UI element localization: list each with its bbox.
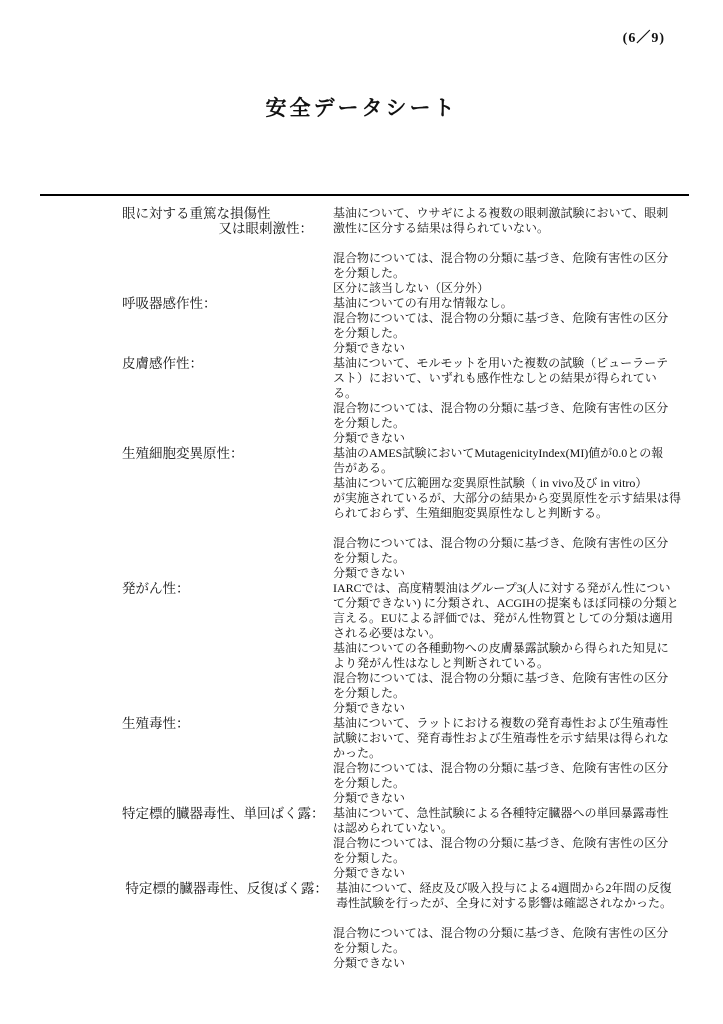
section-body-line: 基油について広範囲な変異原性試験（ in vivo及び in vitro） xyxy=(333,476,694,491)
section-body-line: 混合物については、混合物の分類に基づき、危険有害性の区分 xyxy=(333,251,694,266)
section-body: IARCでは、高度精製油はグループ3(人に対する発がん性について分類できない) … xyxy=(333,581,694,716)
section-label-line: 特定標的臓器毒性、反復ばく露： xyxy=(122,881,333,896)
section-body: 基油について、急性試験による各種特定臓器への単回暴露毒性は認められていない。混合… xyxy=(333,806,694,881)
section-body-line: スト）において、いずれも感作性なしとの結果が得られてい xyxy=(333,371,694,386)
section-body-line: て分類できない) に分類され、ACGIHの提案もほぼ同様の分類と xyxy=(333,596,694,611)
section-body-line: を分類した。 xyxy=(333,686,694,701)
section-row: 生殖細胞変異原性：基油のAMES試験においてMutagenicityIndex(… xyxy=(122,446,694,581)
section-label: 眼に対する重篤な損傷性又は眼刺激性： xyxy=(122,206,333,236)
section-body-line: 区分に該当しない（区分外） xyxy=(333,281,694,296)
section-row: 特定標的臓器毒性、反復ばく露： 基油について、経皮及び吸入投与による4週間から2… xyxy=(122,881,694,971)
section-body-line xyxy=(333,911,694,926)
section-body-line: 告がある。 xyxy=(333,461,694,476)
section-label: 皮膚感作性： xyxy=(122,356,333,371)
section-body-line: 言える。EUによる評価では、発がん性物質としての分類は適用 xyxy=(333,611,694,626)
section-body-line: IARCでは、高度精製油はグループ3(人に対する発がん性につい xyxy=(333,581,694,596)
section-body: 基油について、モルモットを用いた複数の試験（ビューラーテスト）において、いずれも… xyxy=(333,356,694,446)
sds-document-page: (6／9) 安全データシート 眼に対する重篤な損傷性又は眼刺激性：基油について、… xyxy=(0,0,723,1024)
section-body-line: 分類できない xyxy=(333,701,694,716)
section-body-line: が実施されているが、大部分の結果から変異原性を示す結果は得 xyxy=(333,491,694,506)
section-label: 発がん性： xyxy=(122,581,333,596)
section-body-line: 分類できない xyxy=(333,866,694,881)
section-label: 生殖毒性： xyxy=(122,716,333,731)
section-body: 基油についての有用な情報なし。混合物については、混合物の分類に基づき、危険有害性… xyxy=(333,296,694,356)
section-label-line: 発がん性： xyxy=(122,581,333,596)
section-body-line: は認められていない。 xyxy=(333,821,694,836)
section-body-line: 混合物については、混合物の分類に基づき、危険有害性の区分 xyxy=(333,311,694,326)
section-body-line: を分類した。 xyxy=(333,266,694,281)
section-body-line: 混合物については、混合物の分類に基づき、危険有害性の区分 xyxy=(333,761,694,776)
section-body-line: 分類できない xyxy=(333,566,694,581)
document-title: 安全データシート xyxy=(0,92,723,122)
section-body-line: 基油についての有用な情報なし。 xyxy=(333,296,694,311)
section-body-line: を分類した。 xyxy=(333,941,694,956)
section-label: 呼吸器感作性： xyxy=(122,296,333,311)
section-label-line: 呼吸器感作性： xyxy=(122,296,333,311)
section-body: 基油について、経皮及び吸入投与による4週間から2年間の反復 毒性試験を行ったが、… xyxy=(333,881,694,971)
section-body-line: 毒性試験を行ったが、全身に対する影響は確認されなかった。 xyxy=(333,896,694,911)
section-row: 皮膚感作性：基油について、モルモットを用いた複数の試験（ビューラーテスト）におい… xyxy=(122,356,694,446)
section-body-line: 分類できない xyxy=(333,431,694,446)
horizontal-rule xyxy=(40,194,689,196)
section-body-line: 基油について、経皮及び吸入投与による4週間から2年間の反復 xyxy=(333,881,694,896)
section-body-line: 混合物については、混合物の分類に基づき、危険有害性の区分 xyxy=(333,671,694,686)
section-label-line: 生殖毒性： xyxy=(122,716,333,731)
section-label-line: 特定標的臓器毒性、単回ばく露： xyxy=(122,806,333,821)
section-row: 特定標的臓器毒性、単回ばく露：基油について、急性試験による各種特定臓器への単回暴… xyxy=(122,806,694,881)
section-body-line: より発がん性はなしと判断されている。 xyxy=(333,656,694,671)
section-row: 発がん性：IARCでは、高度精製油はグループ3(人に対する発がん性について分類で… xyxy=(122,581,694,716)
section-label-line: 又は眼刺激性： xyxy=(122,221,333,236)
section-body-line: 基油についての各種動物への皮膚暴露試験から得られた知見に xyxy=(333,641,694,656)
section-body-line: 分類できない xyxy=(333,956,694,971)
section-body-line: 激性に区分する結果は得られていない。 xyxy=(333,221,694,236)
section-label: 特定標的臓器毒性、反復ばく露： xyxy=(122,881,333,896)
section-body-line: る。 xyxy=(333,386,694,401)
section-body-line: 分類できない xyxy=(333,341,694,356)
page-number: (6／9) xyxy=(623,27,665,47)
section-body-line: 基油について、急性試験による各種特定臓器への単回暴露毒性 xyxy=(333,806,694,821)
section-body-line: 基油について、モルモットを用いた複数の試験（ビューラーテ xyxy=(333,356,694,371)
section-body-line xyxy=(333,236,694,251)
section-body-line: られておらず、生殖細胞変異原性なしと判断する。 xyxy=(333,506,694,521)
section-label-line: 皮膚感作性： xyxy=(122,356,333,371)
section-row: 呼吸器感作性：基油についての有用な情報なし。混合物については、混合物の分類に基づ… xyxy=(122,296,694,356)
section-body: 基油について、ウサギによる複数の眼刺激試験において、眼刺激性に区分する結果は得ら… xyxy=(333,206,694,296)
section-body-line: 基油について、ウサギによる複数の眼刺激試験において、眼刺 xyxy=(333,206,694,221)
section-body: 基油について、ラットにおける複数の発育毒性および生殖毒性試験において、発育毒性お… xyxy=(333,716,694,806)
section-body-line: を分類した。 xyxy=(333,326,694,341)
section-body-line: される必要はない。 xyxy=(333,626,694,641)
section-body-line: を分類した。 xyxy=(333,851,694,866)
section-label: 特定標的臓器毒性、単回ばく露： xyxy=(122,806,333,821)
section-label-line: 眼に対する重篤な損傷性 xyxy=(122,206,333,221)
section-label: 生殖細胞変異原性： xyxy=(122,446,333,461)
section-body-line: 基油について、ラットにおける複数の発育毒性および生殖毒性 xyxy=(333,716,694,731)
section-body-line: を分類した。 xyxy=(333,776,694,791)
section-body-line: 混合物については、混合物の分類に基づき、危険有害性の区分 xyxy=(333,836,694,851)
section-body-line: 混合物については、混合物の分類に基づき、危険有害性の区分 xyxy=(333,401,694,416)
section-body: 基油のAMES試験においてMutagenicityIndex(MI)値が0.0と… xyxy=(333,446,694,581)
section-row: 眼に対する重篤な損傷性又は眼刺激性：基油について、ウサギによる複数の眼刺激試験に… xyxy=(122,206,694,296)
sections-container: 眼に対する重篤な損傷性又は眼刺激性：基油について、ウサギによる複数の眼刺激試験に… xyxy=(122,206,694,971)
section-body-line: を分類した。 xyxy=(333,416,694,431)
section-body-line xyxy=(333,521,694,536)
section-body-line: かった。 xyxy=(333,746,694,761)
section-body-line: 基油のAMES試験においてMutagenicityIndex(MI)値が0.0と… xyxy=(333,446,694,461)
section-body-line: を分類した。 xyxy=(333,551,694,566)
section-row: 生殖毒性：基油について、ラットにおける複数の発育毒性および生殖毒性試験において、… xyxy=(122,716,694,806)
section-label-line: 生殖細胞変異原性： xyxy=(122,446,333,461)
section-body-line: 混合物については、混合物の分類に基づき、危険有害性の区分 xyxy=(333,926,694,941)
section-body-line: 混合物については、混合物の分類に基づき、危険有害性の区分 xyxy=(333,536,694,551)
section-body-line: 分類できない xyxy=(333,791,694,806)
section-body-line: 試験において、発育毒性および生殖毒性を示す結果は得られな xyxy=(333,731,694,746)
